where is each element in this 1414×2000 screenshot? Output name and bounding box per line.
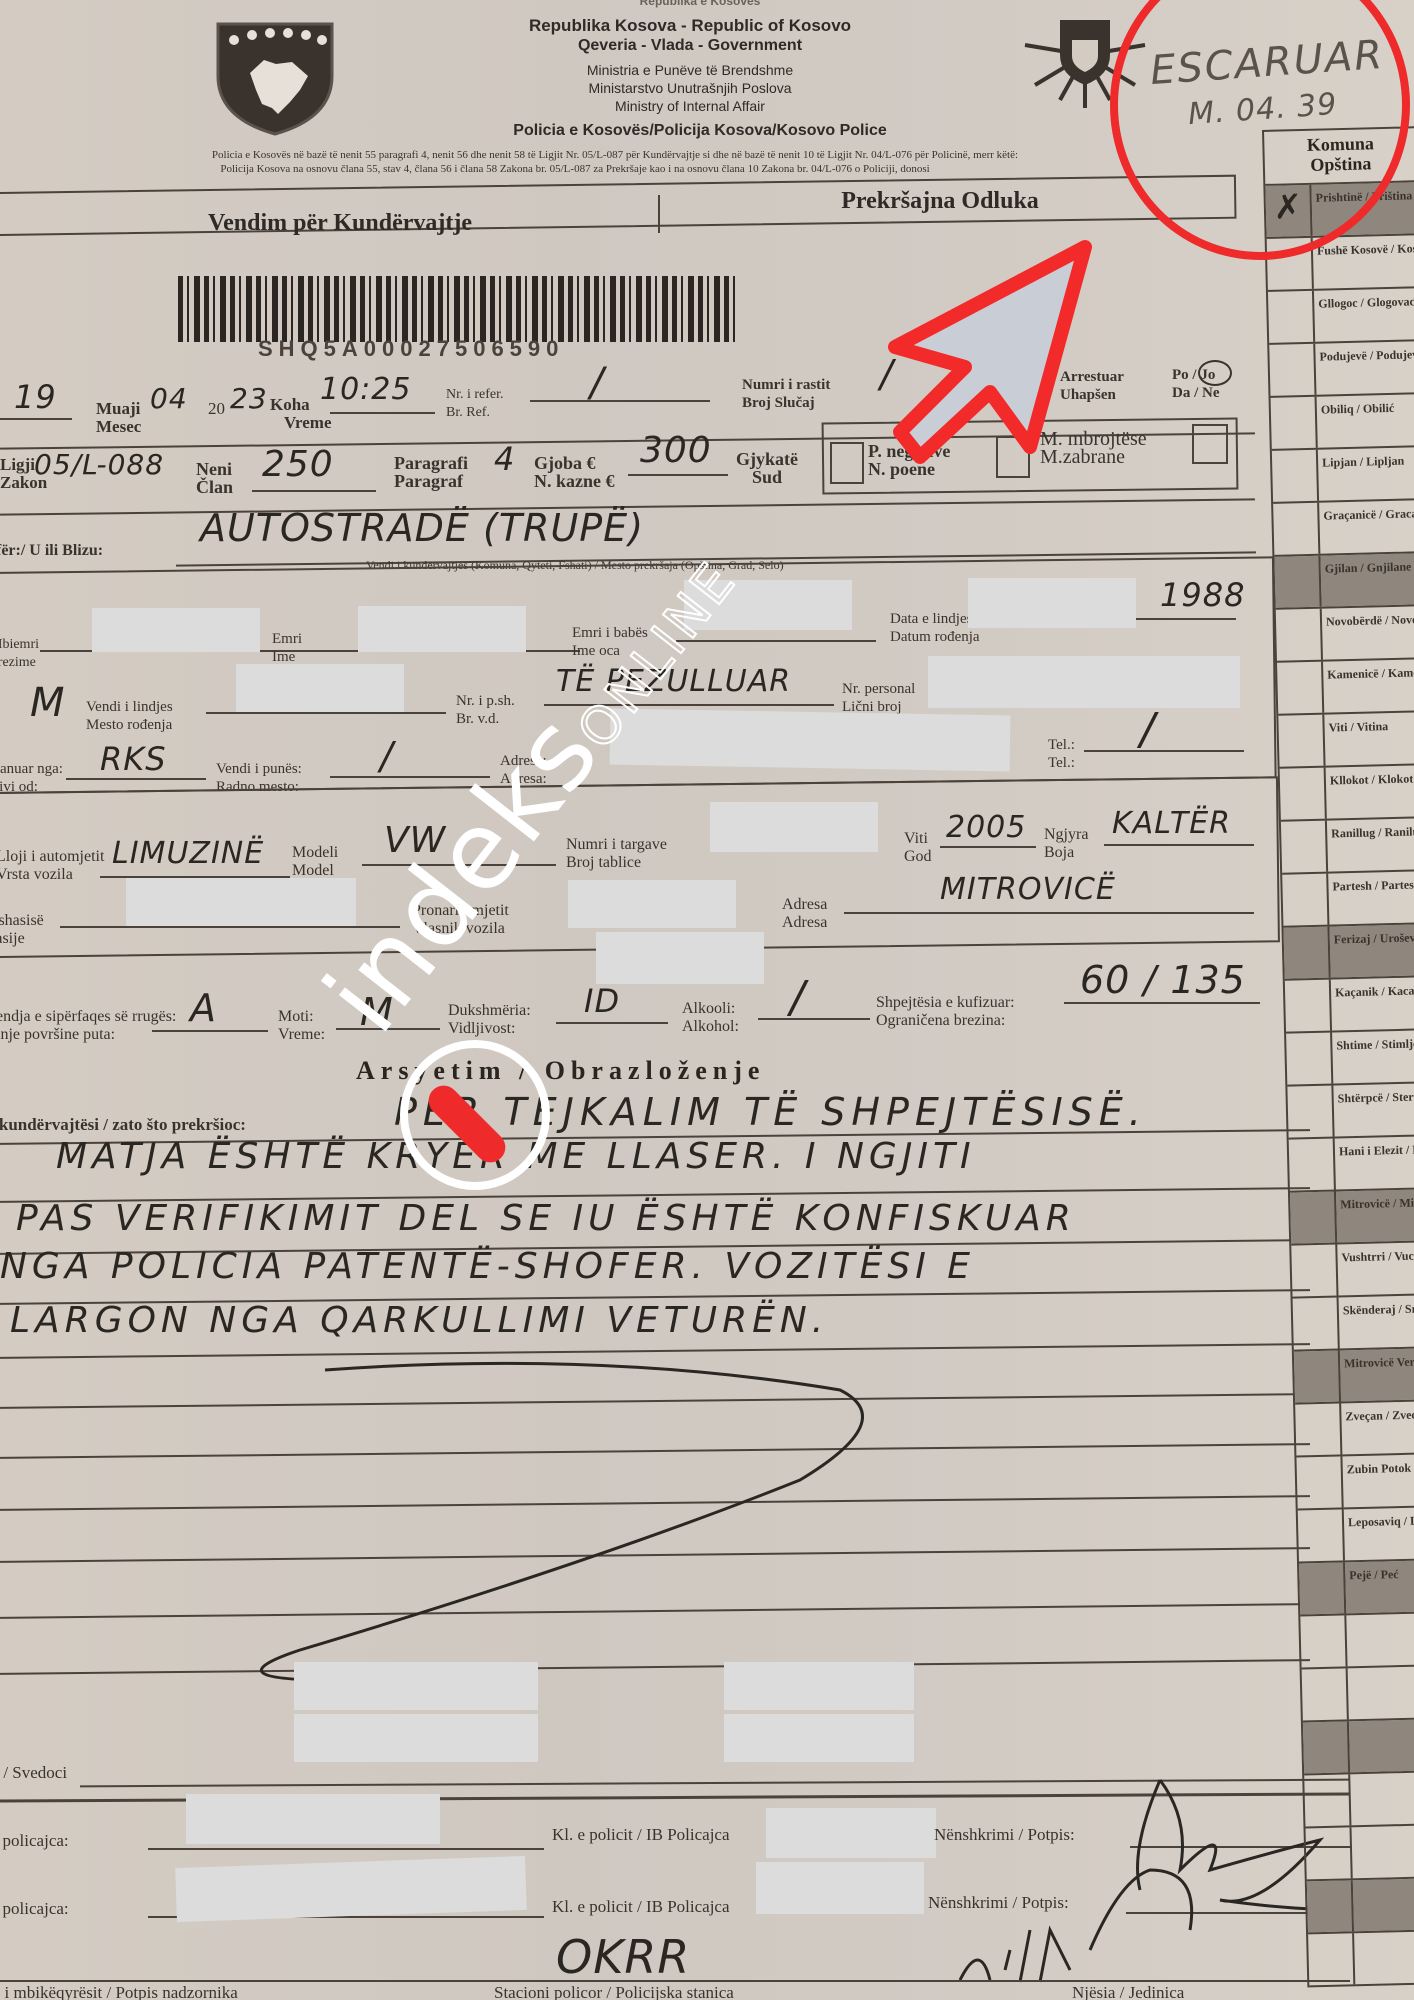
- alcohol-value: /: [790, 972, 806, 1023]
- barcode-number: SHQ5A00027506590: [258, 336, 564, 362]
- chassis-label: Nr. i shasisëBr. šasije: [0, 912, 44, 948]
- municipality-name: Zveçan / Zvecan: [1341, 1401, 1414, 1455]
- redacted-officer1-name: [186, 1794, 440, 1844]
- municipality-checkbox[interactable]: [1291, 1244, 1338, 1296]
- color-label: NgjyraBoja: [1044, 826, 1088, 862]
- location-label: Në ose afër:/ U ili Blizu:: [0, 542, 103, 560]
- redacted-witness-2b: [724, 1714, 914, 1762]
- title-sr: Prekršajna Odluka: [680, 188, 1200, 215]
- barcode: [178, 276, 738, 342]
- redacted-officer1-id: [766, 1808, 936, 1858]
- municipality-name: Kllokot / Klokot: [1326, 765, 1414, 819]
- municipality-row[interactable]: Pejë / Peć: [1299, 1560, 1414, 1617]
- municipality-row[interactable]: Viti / Vitina: [1278, 712, 1414, 769]
- location-value: AUTOSTRADË (TRUPË): [200, 506, 644, 550]
- month-label: MuajiMesec: [96, 400, 141, 436]
- municipality-row[interactable]: Gjilan / Gnjilane: [1274, 553, 1414, 610]
- municipality-name: Partesh / Partes: [1328, 871, 1414, 925]
- tel-label: Tel.:Tel.:: [1048, 736, 1075, 772]
- municipality-row[interactable]: Kaçanik / Kacanik: [1285, 977, 1414, 1034]
- redacted-witness-2a: [724, 1662, 914, 1710]
- municipality-name: Obiliq / Obilić: [1317, 394, 1414, 448]
- municipality-name: [1348, 1666, 1414, 1720]
- station-label: Stacioni policor / Policijska stanica: [494, 1984, 734, 2000]
- strike-through-mark: [0, 1360, 1000, 1690]
- municipality-row[interactable]: Leposaviq / Leposavić: [1298, 1507, 1414, 1564]
- municipality-checkbox[interactable]: [1295, 1403, 1342, 1455]
- redacted-witness-1a: [294, 1662, 538, 1710]
- municipality-name: Skënderaj / Srbica: [1339, 1295, 1414, 1349]
- municipality-checkbox[interactable]: [1289, 1139, 1336, 1191]
- municipality-name: Pejë / Peć: [1345, 1560, 1414, 1614]
- municipality-row[interactable]: Graçanicë / Gracanica: [1273, 500, 1414, 557]
- redacted-personal-no: [928, 656, 1240, 708]
- ref-label: Nr. i refer.Br. Ref.: [446, 386, 504, 422]
- municipality-row[interactable]: Kllokot / Klokot: [1280, 765, 1414, 822]
- municipality-checkbox[interactable]: [1283, 927, 1330, 979]
- witness-label: Dëshmitarët / Svedoci: [0, 1764, 67, 1782]
- municipality-checkbox[interactable]: [1276, 609, 1323, 661]
- paragraph-value: 4: [494, 440, 515, 478]
- case-label: Numri i rastitBroj Slučaj: [742, 376, 830, 412]
- redacted-owner-2: [596, 932, 764, 984]
- municipality-name: Mitrovicë Veri / Severna: [1340, 1348, 1414, 1402]
- municipality-row[interactable]: Mitrovicë Veri / Severna: [1294, 1348, 1414, 1405]
- municipality-checkbox[interactable]: [1269, 344, 1316, 396]
- municipality-name: Zubin Potok / Zubin Potok: [1342, 1454, 1414, 1508]
- header-government: Qeveria - Vlada - Government: [480, 37, 900, 55]
- header-legal-line-2: Policija Kosova na osnovu člana 55, stav…: [0, 160, 1150, 178]
- municipality-name: Leposaviq / Leposavić: [1344, 1507, 1414, 1561]
- birthplace-label: Vendi i lindjesMesto rođenja: [86, 698, 173, 734]
- tel-value: /: [1140, 704, 1156, 755]
- header-ministry-sq: Ministria e Punëve të Brendshme: [480, 62, 900, 78]
- title-divider: [658, 195, 660, 233]
- municipality-name: [1346, 1613, 1414, 1667]
- municipality-row[interactable]: Zveçan / Zvecan: [1295, 1401, 1414, 1458]
- municipality-checkbox[interactable]: [1287, 1086, 1334, 1138]
- vehicle-type-label: Lloji i automjetitVrsta vozila: [0, 848, 104, 884]
- municipality-checkbox[interactable]: [1294, 1350, 1341, 1402]
- workplace-value: /: [380, 734, 394, 778]
- municipality-table: KomunaOpština ✗Prishtinë / PrištinaFushë…: [1262, 126, 1414, 1987]
- surface-value: A: [190, 986, 217, 1030]
- municipality-checkbox[interactable]: [1282, 874, 1329, 926]
- municipality-name: [1350, 1772, 1414, 1826]
- redacted-chassis: [126, 878, 356, 926]
- color-value: KALTËR: [1112, 806, 1231, 841]
- surface-label: Gjendja e sipërfaqes së rrugës:Stanje po…: [0, 1008, 176, 1044]
- municipality-checkbox[interactable]: [1278, 715, 1325, 767]
- paragraph-label: ParagrafiParagraf: [394, 454, 468, 490]
- header-police: Policia e Kosovës/Policija Kosova/Kosovo…: [440, 122, 960, 140]
- weather-label: Moti:Vreme:: [278, 1008, 325, 1044]
- municipality-row[interactable]: Podujevë / Podujevo: [1269, 341, 1414, 398]
- reasoning-line-5: LARGON NGA QARKULLIMI VETURËN.: [10, 1300, 828, 1341]
- visibility-value: ID: [584, 982, 620, 1020]
- municipality-name: Ferizaj / Uroševac: [1329, 924, 1414, 978]
- municipality-checkbox[interactable]: [1304, 1774, 1351, 1826]
- supervisor-label: Nënshkrimi i mbikëqyrësit / Potpis nadzo…: [0, 1984, 238, 2000]
- year-prefix: 20: [208, 400, 225, 418]
- from-value: RKS: [100, 740, 167, 778]
- municipality-checkbox[interactable]: [1268, 291, 1315, 343]
- municipality-row[interactable]: [1307, 1878, 1414, 1935]
- vehicle-type-value: LIMUZINË: [112, 836, 264, 871]
- surname-label: MbiemriPrezime: [0, 636, 39, 672]
- municipality-row[interactable]: Hani i Elezit / Elez Han: [1289, 1136, 1414, 1193]
- year-label: VitiGod: [904, 830, 932, 866]
- header-republic: Republika Kosova - Republic of Kosovo: [480, 16, 900, 36]
- municipality-name: Ranillug / Ranilug: [1327, 818, 1414, 872]
- municipality-checkbox[interactable]: [1286, 1033, 1333, 1085]
- redacted-dob: [968, 578, 1136, 628]
- municipality-name: [1353, 1878, 1414, 1932]
- dob-label: Data e lindjesDatum rođenja: [890, 610, 980, 646]
- municipality-checkbox[interactable]: [1306, 1827, 1353, 1879]
- municipality-name: Shtërpcë / Sterpce: [1333, 1083, 1414, 1137]
- municipality-row[interactable]: Gllogoc / Glogovac: [1268, 288, 1414, 345]
- municipality-checkbox[interactable]: [1307, 1880, 1354, 1932]
- officer1-sign-label: Nënshkrimi / Potpis:: [934, 1826, 1075, 1844]
- year-value: 23: [230, 382, 268, 415]
- municipality-row[interactable]: [1306, 1825, 1414, 1882]
- municipality-name: Hani i Elezit / Elez Han: [1335, 1136, 1414, 1190]
- owner-address-label: AdresaAdresa: [782, 896, 827, 932]
- header-ministry-sr: Ministarstvo Unutrašnjih Poslova: [480, 80, 900, 96]
- municipality-row[interactable]: Skënderaj / Srbica: [1293, 1295, 1414, 1352]
- fine-label: Gjoba €N. kazne €: [534, 454, 615, 490]
- gender-value: M: [30, 680, 66, 726]
- article-label: NeniČlan: [196, 460, 233, 496]
- municipality-checkbox[interactable]: [1272, 450, 1319, 502]
- municipality-checkbox[interactable]: [1299, 1562, 1346, 1614]
- redacted-surname: [92, 608, 260, 652]
- header-ministry-en: Ministry of Internal Affair: [480, 98, 900, 114]
- municipality-checkbox[interactable]: [1298, 1509, 1345, 1561]
- municipality-name: Shtime / Stimlje: [1332, 1030, 1414, 1084]
- dob-value: 1988: [1160, 576, 1245, 614]
- municipality-row[interactable]: Ranillug / Ranilug: [1281, 818, 1414, 875]
- alcohol-label: Alkooli:Alkohol:: [682, 1000, 739, 1036]
- municipality-name: Lipjan / Lipljan: [1318, 447, 1414, 501]
- redacted-officer2-name: [175, 1856, 527, 1922]
- year-value: 2005: [946, 810, 1026, 845]
- redacted-name: [358, 606, 526, 652]
- municipality-checkbox[interactable]: [1300, 1615, 1347, 1667]
- municipality-checkbox[interactable]: [1296, 1456, 1343, 1508]
- municipality-checkbox[interactable]: [1302, 1668, 1349, 1720]
- officer2-id-label: Kl. e policit / IB Policajca: [552, 1898, 730, 1916]
- municipality-checkbox[interactable]: [1285, 980, 1332, 1032]
- reasoning-line-4: NGA POLICIA PATENTË-SHOFER. VOZITËSI E: [0, 1246, 975, 1287]
- municipality-row[interactable]: [1303, 1719, 1414, 1776]
- kosovo-coat-of-arms-icon: [212, 18, 338, 138]
- municipality-name: Kamenicë / Kamenica: [1323, 659, 1414, 713]
- redacted-witness-1b: [294, 1714, 538, 1762]
- municipality-checkbox[interactable]: [1281, 821, 1328, 873]
- time-value: 10:25: [320, 372, 411, 407]
- redacted-officer2-id: [756, 1862, 924, 1914]
- officer1-label: Emri i policit / Ime policajca:: [0, 1832, 69, 1850]
- municipality-row[interactable]: Mitrovicë / Mitrovica Jug: [1290, 1189, 1414, 1246]
- article-value: 250: [262, 444, 334, 485]
- speed-value: 60 / 135: [1080, 958, 1246, 1002]
- municipality-row[interactable]: Partesh / Partes: [1282, 871, 1414, 928]
- municipality-checkbox[interactable]: [1273, 503, 1320, 555]
- municipality-row[interactable]: Kamenicë / Kamenica: [1277, 659, 1414, 716]
- unit-label: Njësia / Jedinica: [1072, 1984, 1184, 2000]
- day-value: 19: [14, 378, 57, 416]
- reasoning-line-3: PAS VERIFIKIMIT DEL SE IU ËSHTË KONFISKU…: [16, 1198, 1076, 1239]
- month-value: 04: [150, 382, 188, 415]
- municipality-checkbox[interactable]: [1308, 1933, 1355, 1985]
- municipality-checkbox[interactable]: [1280, 768, 1327, 820]
- municipality-row[interactable]: Novobërdë / Novobrdo: [1276, 606, 1414, 663]
- redacted-plate: [710, 802, 878, 852]
- municipality-row[interactable]: [1302, 1666, 1414, 1723]
- court-label: GjykatëSud: [736, 450, 798, 486]
- municipality-row[interactable]: Zubin Potok / Zubin Potok: [1296, 1454, 1414, 1511]
- municipality-name: Vushtrri / Vucitrn: [1337, 1242, 1414, 1296]
- municipality-row[interactable]: Ferizaj / Uroševac: [1283, 924, 1414, 981]
- municipality-name: [1354, 1931, 1414, 1985]
- municipality-name: Gllogoc / Glogovac: [1314, 288, 1414, 342]
- name-label: EmriIme: [272, 630, 302, 666]
- speed-label: Shpejtësia e kufizuar:Ograničena brezina…: [876, 994, 1015, 1030]
- municipality-row[interactable]: Shtërpcë / Sterpce: [1287, 1083, 1414, 1140]
- municipality-name: Gjilan / Gnjilane: [1320, 553, 1414, 607]
- law-value: 05/L-088: [34, 448, 164, 481]
- yes-no-circle: [1198, 360, 1232, 386]
- municipality-checkbox[interactable]: [1303, 1721, 1350, 1773]
- officer1-id-label: Kl. e policit / IB Policajca: [552, 1826, 730, 1844]
- municipality-name: Mitrovicë / Mitrovica Jug: [1336, 1189, 1414, 1243]
- municipality-name: Podujevë / Podujevo: [1315, 341, 1414, 395]
- municipality-row[interactable]: [1300, 1613, 1414, 1670]
- municipality-name: Viti / Vitina: [1324, 712, 1414, 766]
- municipality-name: Novobërdë / Novobrdo: [1322, 606, 1414, 660]
- municipality-row[interactable]: Lipjan / Lipljan: [1272, 447, 1414, 504]
- municipality-name: [1351, 1825, 1414, 1879]
- header-top-line: Republika e Kosovës: [560, 0, 840, 8]
- municipality-name: [1349, 1719, 1414, 1773]
- municipality-row[interactable]: [1304, 1772, 1414, 1829]
- municipality-checkbox[interactable]: [1271, 397, 1318, 449]
- fine-value: 300: [640, 430, 712, 471]
- pointer-arrow-icon: [880, 232, 1100, 472]
- municipality-checkbox[interactable]: [1293, 1297, 1340, 1349]
- municipality-row[interactable]: Obiliq / Obilić: [1271, 394, 1414, 451]
- station-signature: OKRR: [556, 1930, 690, 1984]
- municipality-checkbox[interactable]: [1274, 556, 1321, 608]
- municipality-checkbox[interactable]: [1277, 662, 1324, 714]
- title-sq: Vendim për Kundërvajtje: [60, 210, 620, 237]
- municipality-checkbox[interactable]: [1290, 1192, 1337, 1244]
- watermark-logo-icon: [400, 1040, 550, 1190]
- municipality-name: Kaçanik / Kacanik: [1331, 977, 1414, 1031]
- because-label: Sepse kundërvajtësi / zato što prekršioc…: [0, 1116, 246, 1134]
- owner-address-value: MITROVICË: [940, 872, 1116, 907]
- officer2-label: Emri i policit / Ime policajca:: [0, 1900, 69, 1918]
- municipality-name: Graçanicë / Gracanica: [1319, 500, 1414, 554]
- model-label: ModeliModel: [292, 844, 338, 880]
- redacted-birthplace: [236, 664, 404, 712]
- municipality-row[interactable]: [1308, 1931, 1414, 1988]
- personal-no-label: Nr. personalLični broj: [842, 680, 915, 716]
- municipality-row[interactable]: Vushtrri / Vucitrn: [1291, 1242, 1414, 1299]
- municipality-row[interactable]: Shtime / Stimlje: [1286, 1030, 1414, 1087]
